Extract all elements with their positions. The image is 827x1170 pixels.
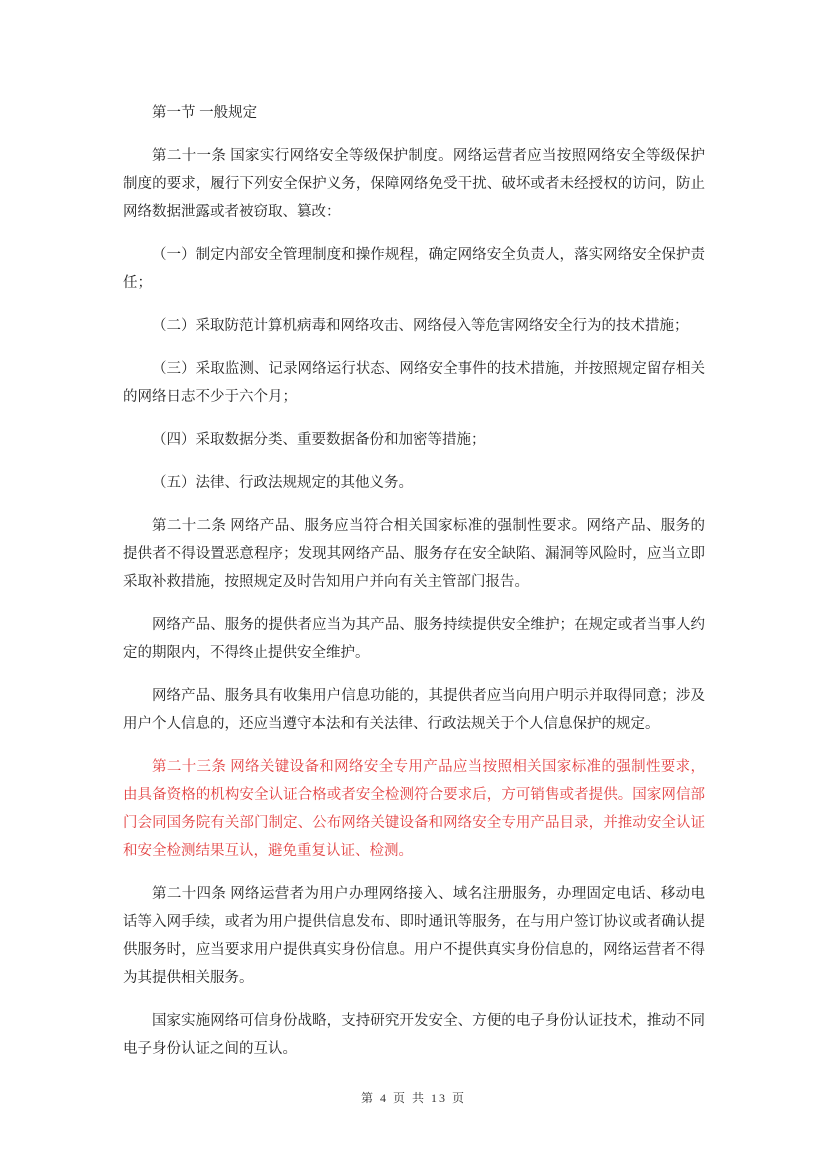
paragraph-article-24-1: 第二十四条 网络运营者为用户办理网络接入、域名注册服务，办理固定电话、移动电话等… — [123, 880, 705, 992]
paragraph-article-21-item-3: （三）采取监测、记录网络运行状态、网络安全事件的技术措施，并按照规定留存相关的网… — [123, 355, 705, 411]
paragraph-article-24-2: 国家实施网络可信身份战略，支持研究开发安全、方便的电子身份认证技术，推动不同电子… — [123, 1007, 705, 1063]
paragraph-article-22-1: 第二十二条 网络产品、服务应当符合相关国家标准的强制性要求。网络产品、服务的提供… — [123, 512, 705, 596]
paragraph-article-21-item-5: （五）法律、行政法规规定的其他义务。 — [123, 469, 705, 497]
paragraph-article-22-2: 网络产品、服务的提供者应当为其产品、服务持续提供安全维护；在规定或者当事人约定的… — [123, 611, 705, 667]
document-body: 第一节 一般规定 第二十一条 国家实行网络安全等级保护制度。网络运营者应当按照网… — [123, 99, 705, 1063]
paragraph-article-23-highlighted: 第二十三条 网络关键设备和网络安全专用产品应当按照相关国家标准的强制性要求，由具… — [123, 753, 705, 865]
paragraph-article-22-3: 网络产品、服务具有收集用户信息功能的，其提供者应当向用户明示并取得同意；涉及用户… — [123, 682, 705, 738]
paragraph-article-21-item-2: （二）采取防范计算机病毒和网络攻击、网络侵入等危害网络安全行为的技术措施； — [123, 312, 705, 340]
paragraph-article-21-item-1: （一）制定内部安全管理制度和操作规程，确定网络安全负责人，落实网络安全保护责任； — [123, 241, 705, 297]
page-footer: 第 4 页 共 13 页 — [0, 1090, 827, 1106]
page-number-label: 第 4 页 共 13 页 — [361, 1091, 466, 1105]
document-page: 第一节 一般规定 第二十一条 国家实行网络安全等级保护制度。网络运营者应当按照网… — [0, 0, 827, 1170]
paragraph-article-21-item-4: （四）采取数据分类、重要数据备份和加密等措施； — [123, 426, 705, 454]
paragraph-article-21: 第二十一条 国家实行网络安全等级保护制度。网络运营者应当按照网络安全等级保护制度… — [123, 142, 705, 226]
section-heading: 第一节 一般规定 — [123, 99, 705, 127]
